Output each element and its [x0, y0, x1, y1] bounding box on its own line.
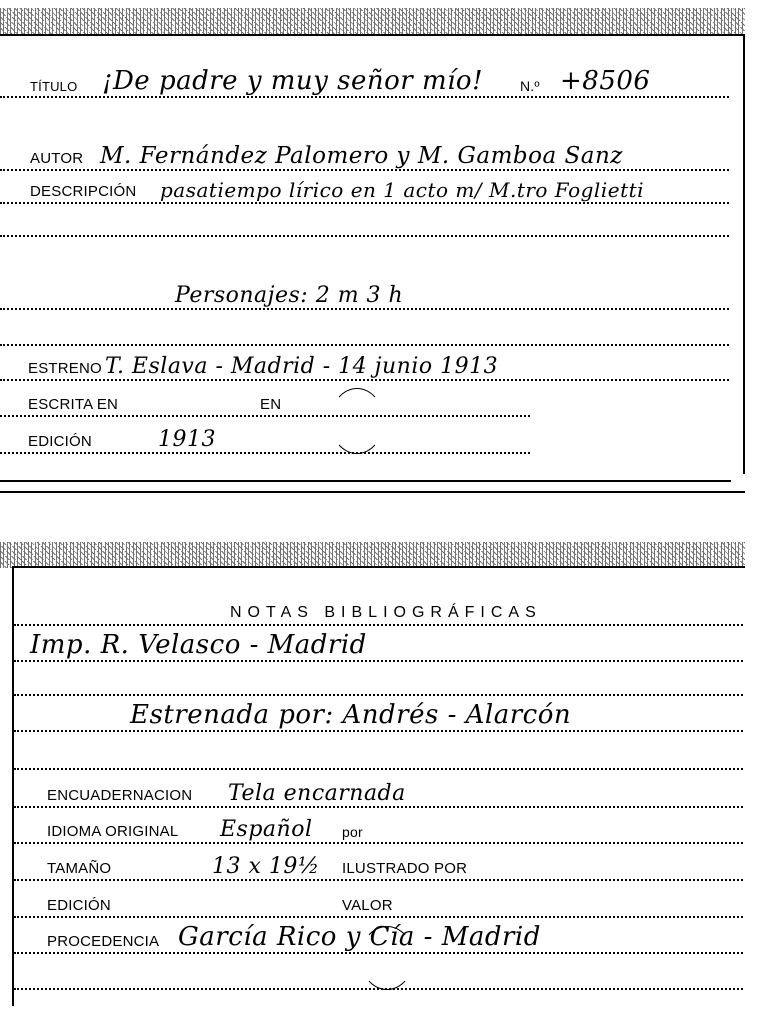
idioma-original-label: IDIOMA ORIGINAL [47, 823, 178, 840]
procedencia-label: PROCEDENCIA [47, 933, 159, 950]
field-edicion-valor: EDICIÓN VALOR [0, 882, 745, 918]
field-autor: AUTOR M. Fernández Palomero y M. Gamboa … [0, 131, 745, 171]
edicion-label: EDICIÓN [47, 897, 111, 914]
dotted-rule [14, 879, 743, 881]
field-estreno: ESTRENO T. Eslava - Madrid - 14 junio 19… [0, 345, 745, 381]
numero-label: N.º [520, 78, 540, 94]
card-border-top [12, 566, 745, 568]
field-titulo: TÍTULO ¡De padre y muy señor mío! N.º +8… [0, 62, 745, 98]
catalog-card-top: TÍTULO ¡De padre y muy señor mío! N.º +8… [0, 0, 745, 485]
scan-edge-noise [0, 8, 745, 34]
note-2-value: Estrenada por: Andrés - Alarcón [130, 700, 571, 730]
procedencia-value: García Rico y Cía - Madrid [178, 922, 541, 952]
ilustrado-por-label: ILUSTRADO POR [342, 860, 467, 877]
blank-line [0, 310, 745, 346]
en-label: EN [260, 396, 281, 413]
tamano-label: TAMAÑO [47, 860, 111, 877]
por-label: por [342, 824, 363, 840]
note-line-1: Imp. R. Velasco - Madrid [0, 626, 745, 662]
autor-value: M. Fernández Palomero y M. Gamboa Sanz [100, 143, 623, 169]
descripcion-label: DESCRIPCIÓN [30, 183, 136, 200]
blank-line [0, 203, 745, 237]
escrita-en-label: ESCRITA EN [28, 396, 118, 413]
autor-label: AUTOR [30, 150, 83, 167]
titulo-value: ¡De padre y muy señor mío! [102, 66, 483, 96]
descripcion-value: pasatiempo lírico en 1 acto m/ M.tro Fog… [160, 178, 644, 202]
dotted-rule [14, 730, 743, 732]
estreno-label: ESTRENO [28, 360, 102, 377]
field-descripcion: DESCRIPCIÓN pasatiempo lírico en 1 acto … [0, 170, 745, 204]
punch-hole-mark [360, 926, 414, 990]
card-border-top [0, 34, 745, 36]
dotted-rule [0, 452, 530, 454]
blank-line [0, 734, 745, 770]
note-line-2: Estrenada por: Andrés - Alarcón [0, 696, 745, 732]
edicion-label: EDICIÓN [28, 433, 92, 450]
field-tamano: TAMAÑO 13 x 19½ ILUSTRADO POR [0, 845, 745, 881]
encuadernacion-value: Tela encarnada [228, 781, 406, 806]
punch-hole-mark [330, 388, 384, 454]
note-1-value: Imp. R. Velasco - Madrid [30, 630, 367, 660]
blank-line [0, 660, 745, 696]
numero-value: +8506 [560, 66, 650, 96]
catalog-card-bottom: NOTAS BIBLIOGRÁFICAS Imp. R. Velasco - M… [0, 540, 745, 1028]
blank-line [0, 590, 745, 626]
edicion-value: 1913 [158, 427, 216, 452]
idioma-original-value: Español [220, 817, 313, 842]
dotted-rule [14, 768, 743, 770]
estreno-value: T. Eslava - Madrid - 14 junio 1913 [105, 354, 498, 379]
field-idioma-original: IDIOMA ORIGINAL Español por [0, 808, 745, 844]
dotted-rule [0, 96, 729, 98]
dotted-rule [0, 415, 530, 417]
dotted-rule [14, 842, 743, 844]
scan-edge-noise [0, 542, 745, 568]
dotted-rule [0, 235, 729, 237]
tamano-value: 13 x 19½ [212, 854, 320, 879]
card-border-bottom [0, 480, 731, 482]
personajes-value: Personajes: 2 m 3 h [175, 283, 403, 308]
field-encuadernacion: ENCUADERNACION Tela encarnada [0, 772, 745, 808]
titulo-label: TÍTULO [30, 79, 77, 94]
encuadernacion-label: ENCUADERNACION [47, 787, 192, 804]
field-personajes: Personajes: 2 m 3 h [0, 270, 745, 310]
card-separator [0, 491, 745, 493]
valor-label: VALOR [342, 897, 393, 914]
